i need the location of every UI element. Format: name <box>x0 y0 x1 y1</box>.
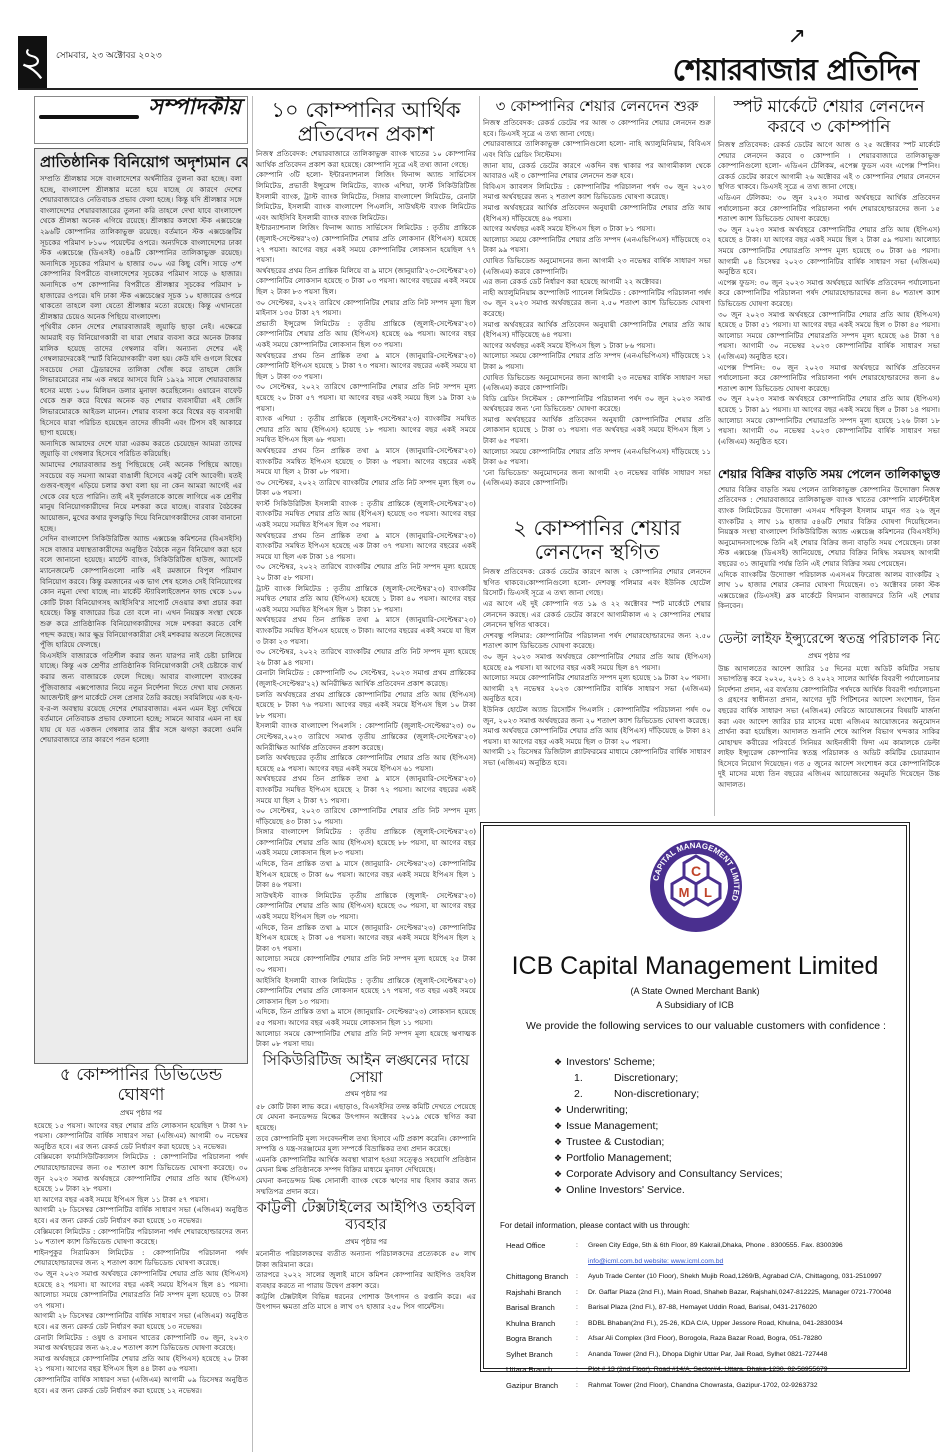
paragraph: এদিকে, তিন প্রান্তিক তথা ৯ মাসে (জানুয়া… <box>256 859 476 891</box>
paragraph: অন্যদিকে আমাদের দেশে যারা এরকম করতে চেয়… <box>40 439 242 460</box>
continued-from-label: প্রথম পৃষ্ঠার পর <box>256 1089 476 1100</box>
paragraph: ৩০ সেপ্টেম্বর, ২০২৩ তারিখে কোম্পানিটির শ… <box>256 806 476 827</box>
paragraph: বেক্সিমকো লিমিটেড : কোম্পানিটির পরিচালনা… <box>34 1227 248 1248</box>
services-list: ❖Investors' Scheme; 1.Discretionary; 2.N… <box>554 1054 783 1198</box>
paragraph: এপেক্স স্পিনিং: ৩০ জুন ২০২৩ সমাপ্ত অর্থব… <box>718 363 940 395</box>
paragraph: এডিএন টেলিকম: ৩০ জুন ২০২৩ সমাপ্ত অর্থবছর… <box>718 193 940 225</box>
contact-table: Head Office:Green City Edge, 5th & 6th F… <box>506 1238 891 1393</box>
diamond-bullet-icon: ❖ <box>554 1137 562 1147</box>
paragraph: নিজস্ব প্রতিবেদক: শেয়ারবাজারে তালিকাভুক… <box>256 149 476 170</box>
diamond-bullet-icon: ❖ <box>554 1185 562 1195</box>
paragraph: এদিকে ব্যাংকটির উদ্যোক্তা পরিচালক এএসএম … <box>718 570 940 612</box>
paragraph: বিএসইসি বাজারকে গতিশীল করার জন্য যারপর ন… <box>40 651 242 746</box>
service-item: ❖Portfolio Management; <box>554 1150 783 1166</box>
contact-value: Afsar Ali Complex (3rd Floor), Borogola,… <box>588 1331 822 1347</box>
editorial-label: সম্পাদকীয় <box>148 103 241 114</box>
column-4: স্পট মার্কেটে শেয়ার লেনদেন করবে ৩ কোম্প… <box>718 96 940 876</box>
paragraph: আগামী ১২ ডিসেম্বর ডিজিটাল প্ল্যাটফরমের ম… <box>483 747 711 768</box>
diamond-bullet-icon: ❖ <box>554 1057 562 1067</box>
subitem-label: Non-discretionary; <box>614 1088 699 1100</box>
editorial-banner: সম্পাদকীয় <box>34 96 248 144</box>
ad-intro-text: We provide the following services to our… <box>526 1019 886 1034</box>
paragraph: ব্যাংক এশিয়া : তৃতীয় প্রান্তিকে (জুলাই… <box>256 414 476 446</box>
paragraph: অর্থবছরের প্রথম তিন প্রান্তিক তথা ৯ মাসে… <box>256 615 476 647</box>
contact-row: Chittagong Branch:Ayub Trade Center (10 … <box>506 1269 891 1285</box>
headline: ডেল্টা লাইফ ইন্স্যুরেন্সে স্বতন্ত্র পরিচ… <box>718 633 940 648</box>
contact-label: Barisal Branch <box>506 1300 576 1316</box>
contact-label: Bogra Branch <box>506 1331 576 1347</box>
paragraph: এমনকি কোম্পানিটির আর্থিক অবস্থা খারাপ হও… <box>256 1155 476 1176</box>
ad-company-name: ICB Capital Management Limited <box>484 952 906 981</box>
article-three-companies-trading: ৩ কোম্পানির শেয়ার লেনদেন শুরু নিজস্ব প্… <box>483 96 711 514</box>
contact-row: Barisal Branch:Barisal Plaza (2nd Fl.), … <box>506 1300 891 1316</box>
svg-text:C: C <box>691 863 701 879</box>
article-kattali: কাট্টলী টেক্সটাইলের আইপিও তহবিল ব্যবহার … <box>256 1199 476 1313</box>
article-delta-life: ডেল্টা লাইফ ইন্স্যুরেন্সে স্বতন্ত্র পরিচ… <box>718 633 940 791</box>
paragraph: পৃথিবীর কোন দেশের শেয়ারবাজারই জুয়াড়ি … <box>40 322 242 439</box>
headline: ৩ কোম্পানির শেয়ার লেনদেন শুরু <box>483 98 711 115</box>
service-item: ❖Trustee & Custodian; <box>554 1134 783 1150</box>
paragraph: বিডি থ্রেডিং সিস্টেমস : কোম্পানিটির পরিচ… <box>483 394 711 415</box>
paragraph: আলোচ্য সময়ে কোম্পানিটির শেয়ার প্রতি সম… <box>483 351 711 372</box>
paragraph: তবে কোম্পানিটি মূল্য সংবেদনশীল তথ্য হিসা… <box>256 1134 476 1155</box>
paragraph: অর্থবছরের প্রথম তিন প্রান্তিক তথা ৯ মাসে… <box>256 531 476 563</box>
headline: কাট্টলী টেক্সটাইলের আইপিও তহবিল ব্যবহার <box>256 1199 476 1234</box>
headline: সিকিউরিটিজ আইন লঙ্ঘনের দায়ে সোয়া <box>256 1052 476 1087</box>
column-3: ৩ কোম্পানির শেয়ার লেনদেন শুরু নিজস্ব প্… <box>483 96 711 876</box>
paragraph: নিজস্ব প্রতিবেদক: রেকর্ড ডেটের পর আজ ৩ ক… <box>483 118 711 139</box>
contact-heading: For detail information, please contact w… <box>500 1221 690 1230</box>
contact-value: Ayub Trade Center (10 Floor), Shekh Muji… <box>588 1269 882 1285</box>
newspaper-logo: শেয়ারবাজার প্রতিদিন <box>673 46 918 97</box>
paragraph: এদিকে, তিন প্রান্তিক তথা ৯ মাসে (জানুয়া… <box>256 1007 476 1028</box>
continued-from-label: প্রথম পৃষ্ঠার পর <box>718 651 940 662</box>
contact-label: Khulna Branch <box>506 1316 576 1332</box>
subitem-label: Discretionary; <box>614 1072 678 1084</box>
paragraph: সম্প্রতি শ্রীলঙ্কার সঙ্গে বাংলাদেশের অর্… <box>40 174 242 322</box>
paragraph: মেঘনা কনডেন্সড মিল্ক সোনালী ব্যাংক থেকে … <box>256 1176 476 1197</box>
paragraph: ইউনিক হোটেল অ্যান্ড রিসোর্টস পিএলসি : কো… <box>483 705 711 726</box>
contact-row: Gazipur Branch:Rahmat Tower (2nd Floor),… <box>506 1378 891 1394</box>
paragraph: ফার্স্ট সিকিউরিটিজ ইসলামী ব্যাংক : তৃতীয… <box>256 499 476 531</box>
svg-text:M: M <box>679 885 690 900</box>
column-1: সম্পাদকীয় প্রাতিষ্ঠানিক বিনিয়োগ অদৃশ্য… <box>34 96 248 1452</box>
scheme-subitem: 1.Discretionary; <box>554 1070 783 1086</box>
paragraph: শেয়ারবাজারে তালিকাভুক্ত কোম্পানিগুলো হল… <box>483 139 711 160</box>
contact-row: Khulna Branch:BDBL Bhaban(2nd Fl.), 25-2… <box>506 1316 891 1332</box>
paragraph: সমাপ্ত অর্থবছরে কোম্পানিটির শেয়ার প্রতি… <box>483 726 711 747</box>
paragraph: সিঙ্গার বাংলাদেশ লিমিটেড : তৃতীয় প্রান্… <box>256 827 476 859</box>
paragraph: ৩০ সেপ্টেম্বর, ২০২২ তারিখে ব্যাংকটির শেয… <box>256 562 476 583</box>
contact-label: Gazipur Branch <box>506 1378 576 1394</box>
diamond-bullet-icon: ❖ <box>554 1105 562 1115</box>
paragraph: আগামী ২৭ নভেম্বর ২০২৩ কোম্পানিটির বার্ষি… <box>483 684 711 705</box>
contact-row: Bogra Branch:Afsar Ali Complex (3rd Floo… <box>506 1331 891 1347</box>
article-ten-companies: ১০ কোম্পানির আর্থিক প্রতিবেদন প্রকাশ নিজ… <box>256 98 476 1050</box>
paragraph: সমাপ্ত অর্থবছরের আর্থিক প্রতিবেদন অনুযায… <box>483 203 711 224</box>
icb-advertisement: C M L CAPITAL MANAGEMENT LIMITED ICB Cap… <box>480 822 910 1372</box>
subitem-number: 1. <box>574 1070 614 1086</box>
diamond-bullet-icon: ❖ <box>554 1153 562 1163</box>
paragraph: জানা যায়, রেকর্ড ডেটের কারণে একদিন বন্ধ… <box>483 161 711 182</box>
headline: স্পট মার্কেটে শেয়ার লেনদেন করবে ৩ কোম্প… <box>718 98 940 137</box>
service-label: Corporate Advisory and Consultancy Servi… <box>566 1168 783 1180</box>
paragraph: নিজস্ব প্রতিবেদক: রেকর্ড ডেটের কারণে আজ … <box>483 567 711 599</box>
paragraph: সমাপ্ত অর্থবছরের আর্থিক প্রতিবেদন অনুযায… <box>483 320 711 341</box>
paragraph: উচ্চ আদালতের আদেশ জারির ১৫ দিনের মধ্যে অ… <box>718 664 940 791</box>
masthead: ২ সোমবার, ২৩ অক্টোবর ২০২৩ ↗ শেয়ারবাজার … <box>18 32 918 90</box>
paragraph: বিবিএস ক্যাবলস লিমিটেড : কোম্পানিটির পরি… <box>483 182 711 203</box>
paragraph: হয়েছে ১৫ পয়সা। আগের বছর শেয়ার প্রতি ল… <box>34 1121 248 1153</box>
paragraph: ঘোষিত ডিভিডেন্ড অনুমোদনের জন্য আগামী ২৩ … <box>483 256 711 277</box>
editorial-article: প্রাতিষ্ঠানিক বিনিয়োগ অদৃশ্যমান কেন। সম… <box>34 148 248 1064</box>
paragraph: ৩০ জুন ২০২৩ সমাপ্ত অর্থবছরে কোম্পানিটির … <box>718 394 940 447</box>
paragraph: যা আগের বছর একই সময়ে ইপিএস ছিল ১১ টাকা … <box>34 1195 248 1206</box>
paragraph: সাউথইস্ট ব্যাংক লিমিটেড তৃতীয় প্রান্তিক… <box>256 891 476 923</box>
subitem-number: 2. <box>574 1086 614 1102</box>
decorative-brush-line <box>39 115 139 119</box>
headline: ১০ কোম্পানির আর্থিক প্রতিবেদন প্রকাশ <box>256 98 476 146</box>
paragraph: আলোচ্য সময়ে কোম্পানিটির শেয়ার প্রতি নি… <box>256 954 476 975</box>
paragraph: আগের অর্থবছর একই সময়ে ইপিএস ছিল ৩ টাকা … <box>483 224 711 235</box>
headline: শেয়ার বিক্রির বাড়তি সময় পেলেন তালিকাভ… <box>718 468 940 482</box>
paragraph: আলোচ্য সময়ে কোম্পানিটির শেয়ার প্রতি নি… <box>256 1029 476 1050</box>
column-divider <box>479 96 480 816</box>
service-item: ❖Online Investors' Service. <box>554 1182 783 1198</box>
ad-subtitle-subsidiary: A Subsidiary of ICB <box>484 1000 906 1010</box>
headline: ২ কোম্পানির শেয়ার লেনদেন স্থগিত <box>483 516 711 564</box>
contact-label: Head Office <box>506 1238 576 1254</box>
column-divider <box>714 96 715 816</box>
paragraph: আলোচ্য সময়ে কোম্পানিটির শেয়ার প্রতি সম… <box>483 447 711 468</box>
paragraph: কাট্টলি টেক্সটাইল বিভিন্ন ধরনের পোশাক উৎ… <box>256 1292 476 1313</box>
column-divider <box>252 96 253 1452</box>
paragraph: ৩০ জুন ২০২৩ সমাপ্ত অর্থবছরে কোম্পানিটির … <box>34 1269 248 1311</box>
paragraph: রেনাটা লিমিটেড : কোম্পানিটি ৩০ সেপ্টেম্ব… <box>256 668 476 689</box>
paragraph: ৩০ জুন ২০২৩ সমাপ্ত অর্থবছরে কোম্পানিটির … <box>483 652 711 673</box>
paragraph: কোম্পানিটির বার্ষিক সাধারণ সভা (এজিএম) আ… <box>34 1375 248 1396</box>
contact-row: info@icml.com.bd website: www.icml.com.b… <box>506 1254 891 1270</box>
contact-label: Uttara Branch <box>506 1362 576 1378</box>
contact-value: Barisal Plaza (2nd Fl.), 87-88, Hemayet … <box>588 1300 817 1316</box>
contact-value: Plot # 13 (2nd Floor), Road #14/A, Secto… <box>588 1362 828 1378</box>
issue-date: সোমবার, ২৩ অক্টোবর ২০২৩ <box>56 48 162 63</box>
service-item: ❖Underwriting; <box>554 1102 783 1118</box>
paragraph: আইসিবি ইসলামী ব্যাংক লিমিটেড : তৃতীয় প্… <box>256 976 476 1008</box>
contact-value: Ananda Tower (2nd Fl.), Dhopa Dighir Utt… <box>588 1347 827 1363</box>
svg-text:L: L <box>704 885 712 900</box>
service-item: ❖Corporate Advisory and Consultancy Serv… <box>554 1166 783 1182</box>
paragraph: শাইনপুকুর সিরামিকস লিমিটেড : কোম্পানিটির… <box>34 1248 248 1269</box>
paragraph: প্রভাতী ইন্সুরেন্স লিমিটেড : তৃতীয় প্রা… <box>256 319 476 351</box>
paragraph: মনোনীত পরিচালকদের ব্যতীত অন্যান্য পরিচাল… <box>256 1249 476 1270</box>
contact-value: BDBL Bhaban(2nd Fl.), 25-26, KDA C/A, Up… <box>588 1316 843 1332</box>
article-five-companies-dividend: ৫ কোম্পানির ডিভিডেন্ড ঘোষণা প্রথম পৃষ্ঠা… <box>34 1066 248 1396</box>
service-label: Portfolio Management; <box>566 1152 672 1164</box>
paragraph: তারপরে ২০২২ সালের জুলাই মাসে কমিশন কোম্প… <box>256 1270 476 1291</box>
service-label: Underwriting; <box>566 1104 628 1116</box>
cml-logo-icon: C M L CAPITAL MANAGEMENT LIMITED <box>646 836 746 936</box>
contact-label: Chittagong Branch <box>506 1269 576 1285</box>
paragraph: আমাদের শেয়ারবাজার শুধু পিছিয়েছে নেই অন… <box>40 460 242 534</box>
paragraph: আগামী ২৮ ডিসেম্বর কোম্পানিটির বার্ষিক সা… <box>34 1205 248 1226</box>
paragraph: অর্থবছরের প্রথম তিন প্রান্তিক মিলিয়ে বা… <box>256 266 476 298</box>
paragraph: ৩০ জুন ২০২৩ সমাপ্ত অর্থবছরে কোম্পানিটির … <box>718 310 940 363</box>
paragraph: চলতি অর্থবছরের তৃতীয় প্রান্তিকে কোম্পান… <box>256 753 476 774</box>
contact-label <box>506 1254 576 1270</box>
column-2: ১০ কোম্পানির আর্থিক প্রতিবেদন প্রকাশ নিজ… <box>256 96 476 1452</box>
paragraph: ৩০ সেপ্টেম্বর, ২০২২ তারিখে ব্যাংকটির শেয… <box>256 478 476 499</box>
ad-subtitle-merchant-bank: (A State Owned Merchant Bank) <box>484 986 906 996</box>
service-label: Investors' Scheme; <box>566 1056 655 1068</box>
paragraph: বেক্সিমকো ফার্মাসিউটিক্যালস লিমিটেড : কো… <box>34 1152 248 1194</box>
paragraph: চলতি অর্থবছরের প্রথম প্রান্তিকে কোম্পানি… <box>256 690 476 722</box>
paragraph: ৩০ সেপ্টেম্বর, ২০২২ তারিখে ব্যাংকটির শেয… <box>256 647 476 668</box>
contact-row: Rajshahi Branch:Dr. Gaffar Plaza (2nd Fl… <box>506 1285 891 1301</box>
article-sponsor-extension: শেয়ার বিক্রির বাড়তি সময় পেলেন তালিকাভ… <box>718 466 940 631</box>
page-number: ২ <box>18 36 47 88</box>
article-spot-market: স্পট মার্কেটে শেয়ার লেনদেন করবে ৩ কোম্প… <box>718 96 940 466</box>
paragraph: রেনাটা লিমিটেড : ওষুধ ও রসায়ন খাতের কোম… <box>34 1333 248 1354</box>
contact-row: Sylhet Branch:Ananda Tower (2nd Fl.), Dh… <box>506 1347 891 1363</box>
paragraph: সমাপ্ত অর্থবছরে কোম্পানিটির শেয়ার প্রতি… <box>34 1354 248 1375</box>
paragraph: দেশবন্ধু পলিমার: কোম্পানিটির পরিচালনা পর… <box>483 631 711 652</box>
paragraph: আলোচ্য সময়ে কোম্পানিটির শেয়ার প্রতি সম… <box>483 235 711 256</box>
contact-label: Sylhet Branch <box>506 1347 576 1363</box>
contact-value: Green City Edge, 5th & 6th Floor, 89 Kak… <box>588 1238 843 1254</box>
paragraph: সমাপ্ত অর্থবছরের আর্থিক প্রতিবেদন অনুযায… <box>483 415 711 447</box>
paragraph: ৫৮ কোটি টাকা লাভ করে। এছাড়াও, বিএসইসির … <box>256 1102 476 1134</box>
diamond-bullet-icon: ❖ <box>554 1169 562 1179</box>
paragraph: ট্রাস্ট ব্যাংক লিমিটেড : তৃতীয় প্রান্তি… <box>256 584 476 616</box>
contact-value: Rahmat Tower (2nd Floor), Chandna Chowra… <box>588 1378 818 1394</box>
contact-row: Head Office:Green City Edge, 5th & 6th F… <box>506 1238 891 1254</box>
paragraph: আলোচ্য সময়ে কোম্পানিটির শেয়ারপ্রতি সম্… <box>483 673 711 684</box>
paragraph: নিজস্ব প্রতিবেদক: রেকর্ড ডেটের আগে আজ ও … <box>718 140 940 193</box>
editorial-title: প্রাতিষ্ঠানিক বিনিয়োগ অদৃশ্যমান কেন। <box>40 152 242 172</box>
continued-from-label: প্রথম পৃষ্ঠার পর <box>34 1108 248 1119</box>
paragraph: 'নো ডিভিডেন্ড' অনুমোদনের জন্য আগামী ২৩ ন… <box>483 468 711 489</box>
paragraph: অর্থবছরের প্রথম তিন প্রান্তিক তথা ৯ মাসে… <box>256 446 476 478</box>
contact-value: Dr. Gaffar Plaza (2nd Fl.), Main Road, S… <box>588 1285 891 1301</box>
continued-from-label: প্রথম পৃষ্ঠার পর <box>256 1237 476 1248</box>
paragraph: ঘোষিত ডিভিডেন্ড অনুমোদনের জন্য আগামী ২৩ … <box>483 373 711 394</box>
paragraph: কোম্পানি ৩টি হলো- ইন্টারন্যাশনাল লিজিং ফ… <box>256 170 476 223</box>
article-soya: সিকিউরিটিজ আইন লঙ্ঘনের দায়ে সোয়া প্রথম… <box>256 1052 476 1197</box>
scheme-subitem: 2.Non-discretionary; <box>554 1086 783 1102</box>
paragraph: ইন্টারন্যাশনাল লিজিং ফিনান্স অ্যান্ড সার… <box>256 223 476 265</box>
paragraph: আগামী ২৮ ডিসেম্বর কোম্পানিটির বার্ষিক সা… <box>34 1311 248 1332</box>
paragraph: ইসলামী ব্যাংক বাংলাদেশ পিএলসি : কোম্পানি… <box>256 721 476 753</box>
paragraph: এর জন্য রেকর্ড ডেট নির্ধারণ করা হয়েছে আ… <box>483 277 711 288</box>
paragraph: অর্থবছরের প্রথম তিন প্রান্তিক তথা ৯ মাসে… <box>256 774 476 806</box>
service-item: ❖Investors' Scheme; <box>554 1054 783 1070</box>
paragraph: ৩০ সেপ্টেম্বর, ২০২২ তারিখে কোম্পানিটির শ… <box>256 298 476 319</box>
paragraph: এর আগে এই দুই কোম্পানি গত ১৯ ও ২২ অক্টোব… <box>483 599 711 631</box>
paragraph: এদিকে, তিন প্রান্তিক তথা ৯ মাসে (জানুয়া… <box>256 923 476 955</box>
article-two-companies-suspended: ২ কোম্পানির শেয়ার লেনদেন স্থগিত নিজস্ব … <box>483 516 711 769</box>
email-website-link[interactable]: info@icml.com.bd website: www.icml.com.b… <box>588 1254 723 1270</box>
paragraph: ৩০ সেপ্টেম্বর, ২০২২ তারিখে কোম্পানিটির শ… <box>256 382 476 414</box>
headline: ৫ কোম্পানির ডিভিডেন্ড ঘোষণা <box>34 1066 248 1105</box>
contact-label: Rajshahi Branch <box>506 1285 576 1301</box>
service-label: Trustee & Custodian; <box>566 1136 664 1148</box>
service-label: Issue Management; <box>566 1120 658 1132</box>
paragraph: নাহী অ্যালুমিনিয়াম কম্পোজিট প্যানেল লিম… <box>483 288 711 320</box>
paragraph: অর্থবছরের প্রথম তিন প্রান্তিক তথা ৯ মাসে… <box>256 351 476 383</box>
paragraph: ৩০ জুন ২০২৩ সমাপ্ত অর্থবছরে কোম্পানিটির … <box>718 225 940 278</box>
paragraph: এপেক্স ফুডস: ৩০ জুন ২০২৩ সমাপ্ত অর্থবছরে… <box>718 278 940 310</box>
paragraph: সেদিন বাংলাদেশ সিকিউরিটিজ অ্যান্ড এক্সচে… <box>40 534 242 651</box>
contact-row: Uttara Branch:Plot # 13 (2nd Floor), Roa… <box>506 1362 891 1378</box>
service-item: ❖Issue Management; <box>554 1118 783 1134</box>
paragraph: শেয়ার বিক্রির বাড়তি সময় পেলেন তালিকাভ… <box>718 485 940 570</box>
paragraph: আগের অর্থবছর একই সময়ে ইপিএস ছিল ১ টাকা … <box>483 341 711 352</box>
diamond-bullet-icon: ❖ <box>554 1121 562 1131</box>
service-label: Online Investors' Service. <box>566 1184 685 1196</box>
